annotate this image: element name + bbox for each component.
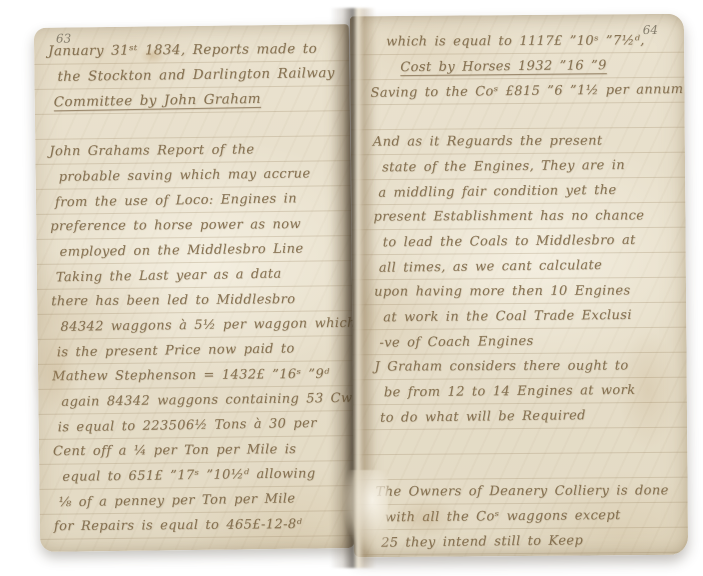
handwritten-line: J Graham considers there ought to <box>375 353 677 379</box>
handwritten-line: is the present Price now paid to <box>57 336 343 366</box>
handwritten-line: January 31ˢᵗ 1834, Reports made to <box>48 37 339 65</box>
handwritten-line: Saving to the Coˢ £815 ”6 ”1½ per annum <box>370 77 674 106</box>
handwritten-line: to do what will be Required <box>380 402 677 431</box>
handwritten-line: with all the Coˢ waggons except <box>385 503 678 531</box>
handwritten-line: to lead the Coals to Middlesbro at <box>383 228 676 256</box>
handwritten-line: Committee by John Graham <box>54 86 340 116</box>
handwritten-line: there has been led to Middlesbro <box>51 287 342 315</box>
left-page-text: January 31ˢᵗ 1834, Reports made tothe St… <box>34 24 355 552</box>
handwritten-line: Taking the Last year as a data <box>56 261 342 291</box>
handwritten-line: a middling fair condition yet the <box>378 177 675 206</box>
photo-background: 63 January 31ˢᵗ 1834, Reports made tothe… <box>0 0 703 576</box>
paragraph: John Grahams Report of theprobable savin… <box>47 136 345 540</box>
paragraph: January 31ˢᵗ 1834, Reports made tothe St… <box>46 36 340 115</box>
handwritten-line: preference to horse power as now <box>50 212 341 240</box>
page-left: 63 January 31ˢᵗ 1834, Reports made tothe… <box>34 24 355 552</box>
handwritten-line: And as it Reguards the present <box>373 128 675 154</box>
paragraph: which is equal to 1117£ ”10ˢ ”7½ᵈ,Cost b… <box>370 28 675 105</box>
handwritten-line: which is equal to 1117£ ”10ˢ ”7½ᵈ, <box>386 28 674 54</box>
page-right: 64 which is equal to 1117£ ”10ˢ ”7½ᵈ,Cos… <box>350 14 688 558</box>
handwritten-line: 25 they intend still to Keep <box>381 527 678 556</box>
paragraph: The Owners of Deanery Colliery is donewi… <box>374 478 679 555</box>
handwritten-line: at work in the Coal Trade Exclusi <box>383 303 676 331</box>
handwritten-line: Mathew Stephenson = 1432£ ”16ˢ ”9ᵈ <box>52 362 343 390</box>
handwritten-line: for Repairs is equal to 465£-12-8ᵈ <box>54 512 345 540</box>
handwritten-line: The Owners of Deanery Colliery is done <box>376 478 678 504</box>
handwritten-line: from the use of Loco: Engines in <box>55 186 341 216</box>
handwritten-line: present Establishment has no chance <box>373 203 675 229</box>
right-page-text: which is equal to 1117£ ”10ˢ ”7½ᵈ,Cost b… <box>350 14 688 558</box>
handwritten-line: -ve of Coach Engines <box>379 327 676 356</box>
handwritten-line: Cost by Horses 1932 ”16 ”9 <box>400 53 674 81</box>
handwritten-line: upon having more then 10 Engines <box>374 278 676 304</box>
paragraph: And as it Reguards the presentstate of t… <box>371 128 677 430</box>
handwritten-line: Cent off a ¼ per Ton per Mile is <box>53 437 344 465</box>
handwritten-line: ⅛ of a penney per Ton per Mile <box>58 486 344 516</box>
handwritten-line: is equal to 223506½ Tons à 30 per <box>57 411 343 441</box>
handwritten-line: state of the Engines, They are in <box>382 153 675 181</box>
handwritten-line: all times, as we cant calculate <box>379 252 676 281</box>
handwritten-line: John Grahams Report of the <box>49 137 340 165</box>
handwritten-line: be from 12 to 14 Engines at work <box>384 378 677 406</box>
